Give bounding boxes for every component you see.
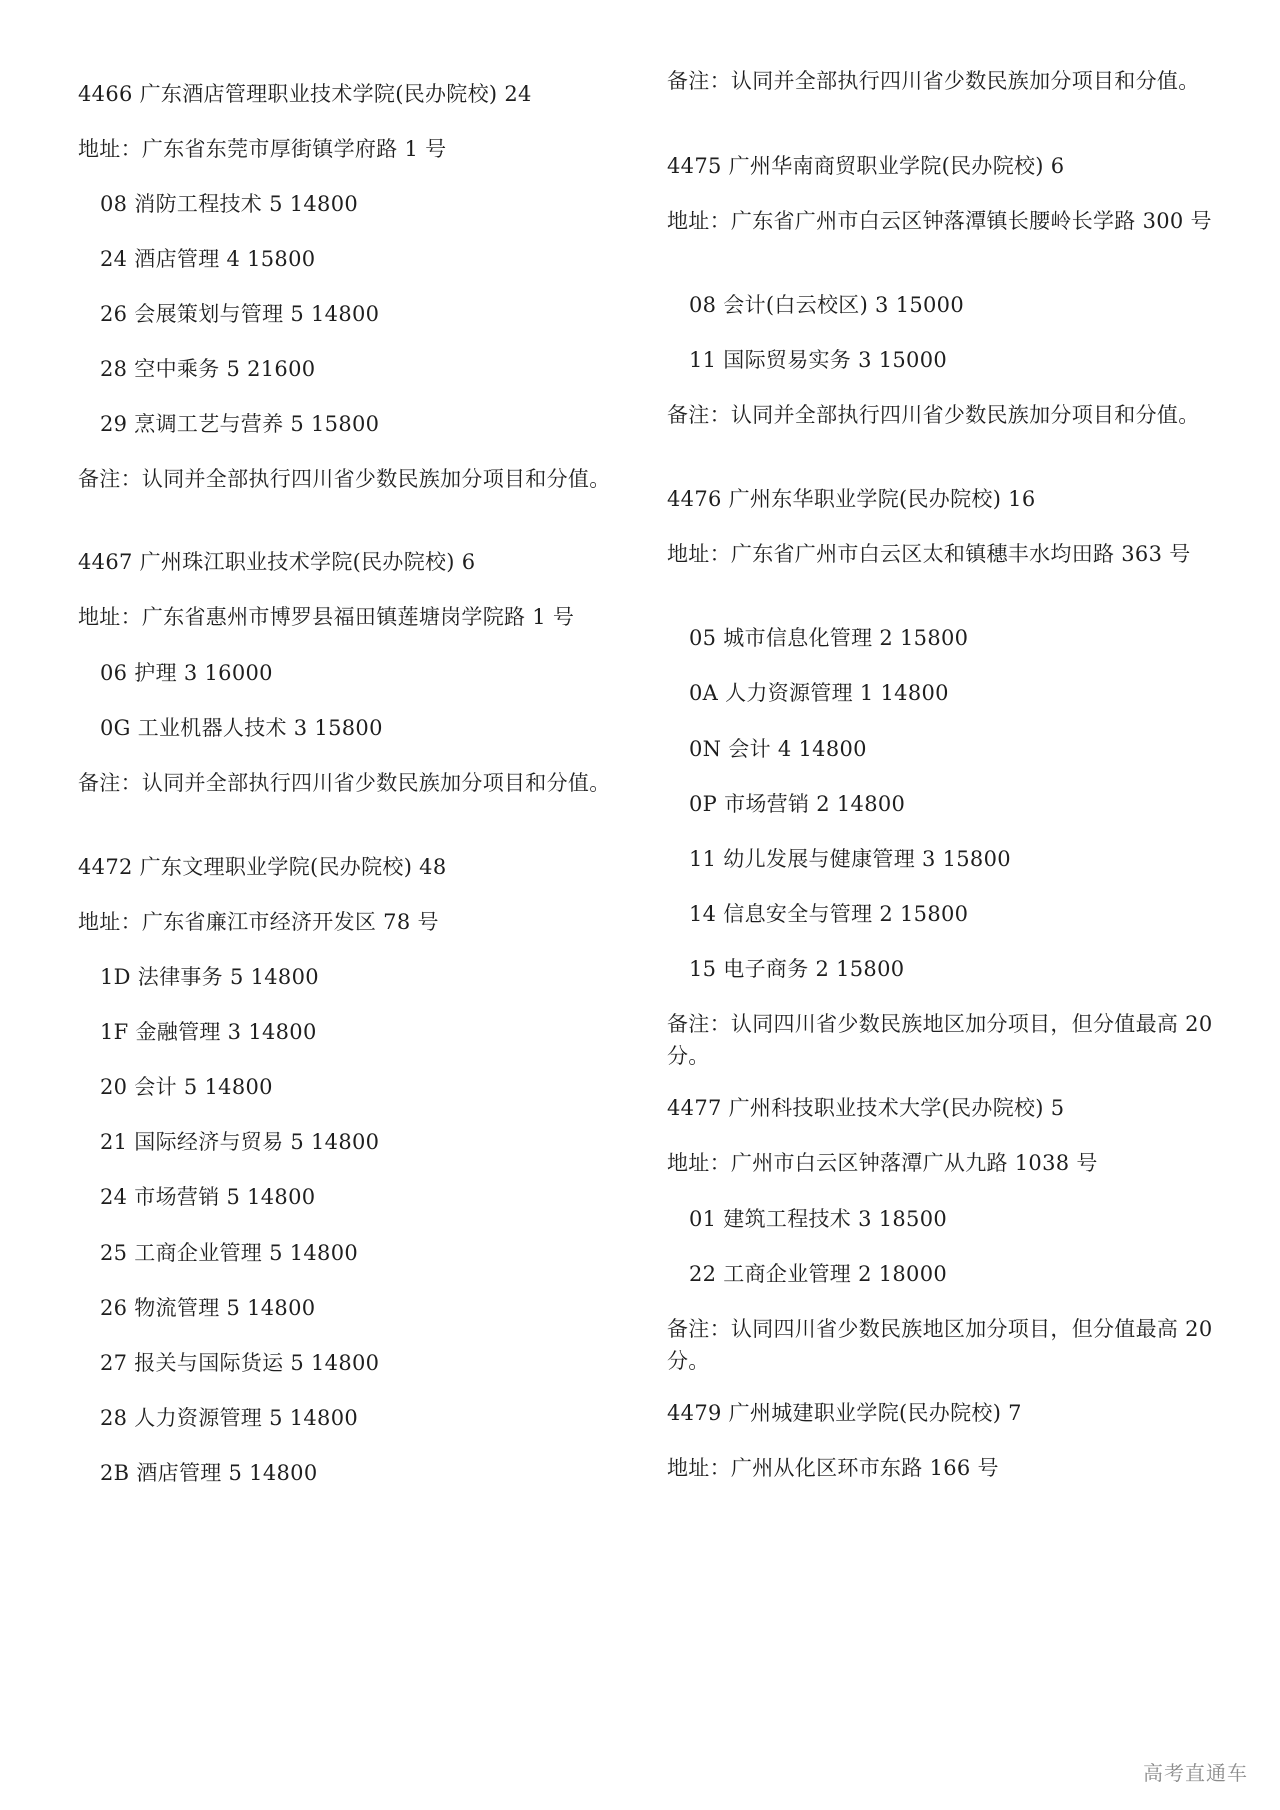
major-line: 0P 市场营销 2 14800: [689, 788, 1244, 820]
address-line: 地址：广州市白云区钟落潭广从九路 1038 号: [667, 1147, 1222, 1179]
school-line: 4477 广州科技职业技术大学(民办院校) 5: [667, 1092, 1222, 1124]
major-line: 08 消防工程技术 5 14800: [100, 188, 655, 220]
school-line: 4479 广州城建职业学院(民办院校) 7: [667, 1397, 1222, 1429]
major-line: 1F 金融管理 3 14800: [100, 1016, 655, 1048]
note-line: 备注：认同并全部执行四川省少数民族加分项目和分值。: [78, 463, 633, 495]
major-line: 06 护理 3 16000: [100, 657, 655, 689]
major-line: 05 城市信息化管理 2 15800: [689, 622, 1244, 654]
major-line: 24 市场营销 5 14800: [100, 1181, 655, 1213]
address-line: 地址：广东省东莞市厚街镇学府路 1 号: [78, 133, 633, 165]
major-line: 25 工商企业管理 5 14800: [100, 1237, 655, 1269]
major-line: 0A 人力资源管理 1 14800: [689, 677, 1244, 709]
address-line: 地址：广州从化区环市东路 166 号: [667, 1452, 1222, 1484]
major-line: 15 电子商务 2 15800: [689, 953, 1244, 985]
major-line: 0G 工业机器人技术 3 15800: [100, 712, 655, 744]
major-line: 24 酒店管理 4 15800: [100, 243, 655, 275]
major-line: 14 信息安全与管理 2 15800: [689, 898, 1244, 930]
school-line: 4466 广东酒店管理职业技术学院(民办院校) 24: [78, 78, 633, 110]
major-line: 11 幼儿发展与健康管理 3 15800: [689, 843, 1244, 875]
watermark: 高考直通车: [1143, 1757, 1248, 1786]
note-line: 备注：认同并全部执行四川省少数民族加分项目和分值。: [78, 767, 633, 799]
major-line: 0N 会计 4 14800: [689, 733, 1244, 765]
school-line: 4472 广东文理职业学院(民办院校) 48: [78, 851, 633, 883]
major-line: 20 会计 5 14800: [100, 1071, 655, 1103]
major-line: 1D 法律事务 5 14800: [100, 961, 655, 993]
address-line: 地址：广东省廉江市经济开发区 78 号: [78, 906, 633, 938]
note-line: 备注：认同并全部执行四川省少数民族加分项目和分值。: [667, 399, 1222, 431]
school-line: 4476 广州东华职业学院(民办院校) 16: [667, 483, 1222, 515]
major-line: 08 会计(白云校区) 3 15000: [689, 289, 1244, 321]
major-line: 01 建筑工程技术 3 18500: [689, 1203, 1244, 1235]
address-line: 地址：广东省广州市白云区钟落潭镇长腰岭长学路 300 号: [667, 205, 1222, 237]
major-line: 28 空中乘务 5 21600: [100, 353, 655, 385]
major-line: 26 会展策划与管理 5 14800: [100, 298, 655, 330]
major-line: 29 烹调工艺与营养 5 15800: [100, 408, 655, 440]
major-line: 28 人力资源管理 5 14800: [100, 1402, 655, 1434]
major-line: 26 物流管理 5 14800: [100, 1292, 655, 1324]
major-line: 22 工商企业管理 2 18000: [689, 1258, 1244, 1290]
note-line: 备注：认同四川省少数民族地区加分项目，但分值最高 20 分。: [667, 1313, 1222, 1377]
major-line: 27 报关与国际货运 5 14800: [100, 1347, 655, 1379]
address-line: 地址：广东省广州市白云区太和镇穗丰水均田路 363 号: [667, 538, 1222, 570]
major-line: 11 国际贸易实务 3 15000: [689, 344, 1244, 376]
note-line: 备注：认同四川省少数民族地区加分项目，但分值最高 20 分。: [667, 1008, 1222, 1072]
school-line: 4467 广州珠江职业技术学院(民办院校) 6: [78, 546, 633, 578]
school-line: 4475 广州华南商贸职业学院(民办院校) 6: [667, 150, 1222, 182]
major-line: 21 国际经济与贸易 5 14800: [100, 1126, 655, 1158]
major-line: 2B 酒店管理 5 14800: [100, 1457, 655, 1489]
note-line: 备注：认同并全部执行四川省少数民族加分项目和分值。: [667, 65, 1222, 97]
address-line: 地址：广东省惠州市博罗县福田镇莲塘岗学院路 1 号: [78, 601, 633, 633]
